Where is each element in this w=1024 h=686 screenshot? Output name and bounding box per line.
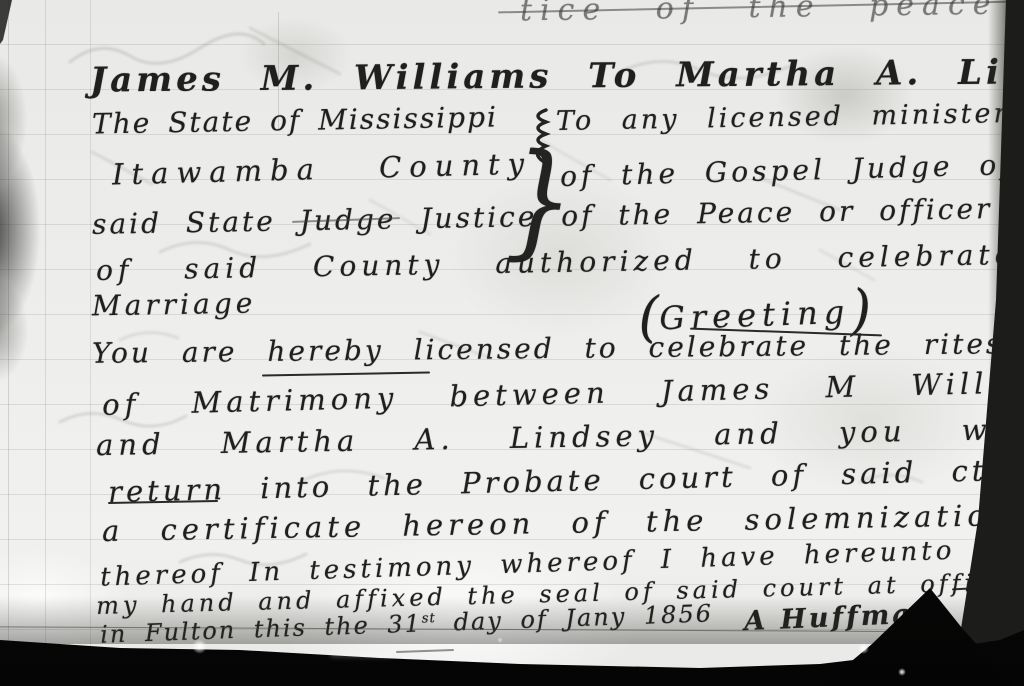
glare-streak <box>330 652 392 658</box>
dust-speck <box>497 637 503 643</box>
dust-speck <box>898 668 906 676</box>
dust-speck <box>192 639 207 654</box>
dust-speck <box>858 643 869 654</box>
scanned-ledger-page: tice of the peace James M. Williams To M… <box>0 0 1024 686</box>
record-title-line: James M. Williams To Martha A. Lindsey <box>90 51 1024 100</box>
marriage-word: Marriage <box>92 287 257 323</box>
state-line: The State of Mississippi <box>92 100 498 140</box>
page-curl-shadow <box>0 596 1024 644</box>
